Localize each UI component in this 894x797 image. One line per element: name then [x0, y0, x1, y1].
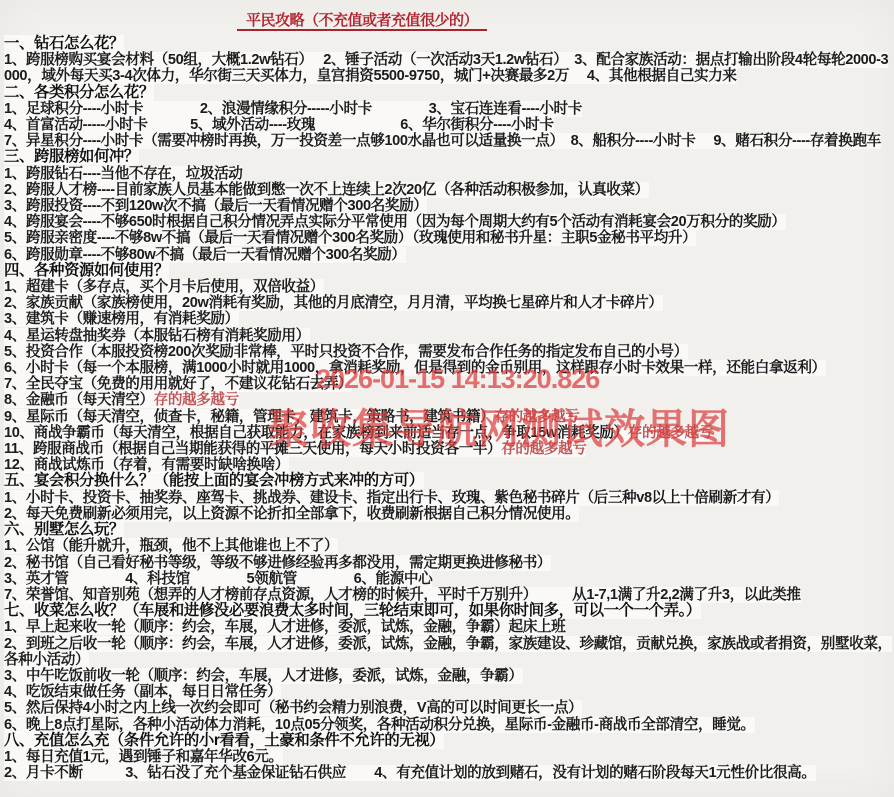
- document-body: 一、钻石怎么花？1、跨服榜购买宴会材料（50组，大概1.2w钻石） 2、锤子活动…: [4, 36, 892, 781]
- text-line: 1、跨服榜购买宴会材料（50组，大概1.2w钻石） 2、锤子活动（一次活动3天1…: [4, 52, 892, 84]
- text-segment: 1、超建卡（多存点，买个月卡后使用，双倍收益）: [4, 279, 324, 295]
- text-segment: 1、跨服钻石----当他不存在，垃圾活动: [4, 166, 242, 182]
- text-line: 6、跨服勋章----不够80w不搞（最后一天看情况赠个300名奖励）: [4, 247, 892, 263]
- red-note: 存的越多越亏: [501, 441, 586, 457]
- text-segment: 3、中午吃饭前收一轮（顺序：约会，车展，人才进修，委派，试炼，金融，争霸）: [4, 668, 523, 684]
- section-heading: 一、钻石怎么花？: [4, 36, 892, 52]
- red-note: 存的越多越亏: [154, 392, 239, 408]
- text-line: 3、中午吃饭前收一轮（顺序：约会，车展，人才进修，委派，试炼，金融，争霸）: [4, 668, 892, 684]
- text-segment: 1、跨服榜购买宴会材料（50组，大概1.2w钻石） 2、锤子活动（一次活动3天1…: [4, 52, 888, 84]
- text-segment: 12、商战试炼币（存着，有需要时缺啥换啥）: [4, 457, 289, 473]
- text-segment: 7、全民夺宝（免费的用用就好了，不建议花钻石去弄）: [4, 376, 352, 392]
- text-line: 11、跨服商战币（根据自己当期能获得的平摊三天使用，每天小时投资各一半）存的越多…: [4, 441, 892, 457]
- guide-document: 平民攻略（不充值或者充值很少的） 一、钻石怎么花？1、跨服榜购买宴会材料（50组…: [0, 0, 894, 797]
- section-heading: 八、充值怎么充（条件允许的小r看看，土豪和条件不允许的无视）: [4, 733, 892, 749]
- text-line: 5、然后保持4小时之内上线一次约会即可（秘书约会精力别浪费，V高的可以时间更长一…: [4, 700, 892, 716]
- text-line: 1、跨服钻石----当他不存在，垃圾活动: [4, 166, 892, 182]
- text-segment: 5、跨服亲密度----不够8w不搞（最后一天看情况赠个300名奖励）（玫瑰使用和…: [4, 230, 696, 246]
- text-segment: 3、英才管 4、科技馆 5领航管 6、能源中心: [4, 571, 432, 587]
- text-line: 6、晚上8点打星际，各种小活动体力消耗，10点05分领奖，各种活动积分兑换，星际…: [4, 717, 892, 733]
- text-segment: 4、星运转盘抽奖券（本服钻石榜有消耗奖励用）: [4, 328, 310, 344]
- text-line: 4、吃饭结束做任务（副本，每日日常任务）: [4, 684, 892, 700]
- text-segment: 1、公馆（能升就升，瓶颈，他不上其他谁也上不了）: [4, 538, 338, 554]
- text-line: 5、跨服亲密度----不够8w不搞（最后一天看情况赠个300名奖励）（玫瑰使用和…: [4, 230, 892, 246]
- text-segment: 1、早上起来收一轮（顺序：约会，车展，人才进修，委派，试炼，金融，争霸）起床上班: [4, 619, 565, 635]
- section-heading: 五、宴会积分换什么？（能按上面的宴会冲榜方式来冲的方可）: [4, 473, 892, 489]
- text-segment: 9、星际币（每天清空，侦查卡，秘籍，管理卡，建筑卡，策略书，建筑书籍）: [4, 409, 494, 425]
- text-line: 1、每日充值1元，遇到锤子和嘉年华改6元。: [4, 749, 892, 765]
- text-segment: 11、跨服商战币（根据自己当期能获得的平摊三天使用，每天小时投资各一半）: [4, 441, 501, 457]
- section-heading: 四、各种资源如何使用？: [4, 263, 892, 279]
- text-line: 9、星际币（每天清空，侦查卡，秘籍，管理卡，建筑卡，策略书，建筑书籍）存的越多越…: [4, 409, 892, 425]
- text-line: 7、全民夺宝（免费的用用就好了，不建议花钻石去弄）: [4, 376, 892, 392]
- text-segment: 1、小时卡、投资卡、抽奖券、座驾卡、挑战券、建设卡、指定出行卡、玫瑰、紫色秘书碎…: [4, 490, 779, 506]
- text-line: 1、早上起来收一轮（顺序：约会，车展，人才进修，委派，试炼，金融，争霸）起床上班: [4, 619, 892, 635]
- text-segment: 2、每天免费刷新必须用完，以上资源不论折扣全部拿下，收费刷新根据自己积分情况使用…: [4, 506, 579, 522]
- section-heading-text: 一、钻石怎么花？: [4, 35, 124, 52]
- section-heading-text: 三、跨服榜如何冲？: [4, 148, 139, 165]
- text-segment: 2、月卡不断 3、钻石没了充个基金保证钻石供应 4、有充值计划的放到赌石，没有计…: [4, 765, 816, 781]
- section-heading-text: 四、各种资源如何使用？: [4, 262, 169, 279]
- text-line: 6、小时卡（每一个本服榜，满1000小时就用1000，拿消耗奖励，但是得到的金币…: [4, 360, 892, 376]
- section-heading-text: 八、充值怎么充（条件允许的小r看看，土豪和条件不允许的无视）: [4, 732, 444, 749]
- text-segment: 6、跨服勋章----不够80w不搞（最后一天看情况赠个300名奖励）: [4, 247, 406, 263]
- text-line: 5、投资合作（本服投资榜200次奖励非常棒，平时只投资不合作，需要发布合作任务的…: [4, 344, 892, 360]
- red-note: 存的越多越亏: [628, 425, 713, 441]
- red-note: 存的越多越亏: [494, 409, 579, 425]
- text-line: 2、到班之后收一轮（顺序：约会，车展，人才进修，委派，试炼，金融，争霸，家族建设…: [4, 636, 892, 668]
- text-segment: 5、然后保持4小时之内上线一次约会即可（秘书约会精力别浪费，V高的可以时间更长一…: [4, 700, 582, 716]
- text-segment: 1、每日充值1元，遇到锤子和嘉年华改6元。: [4, 749, 283, 765]
- text-line: 4、首富活动-----小时卡 5、域外活动----玫瑰 6、华尔街积分----小…: [4, 117, 892, 133]
- text-segment: 7、荣誉馆、知音别苑（想弄的人才榜前存点资源，人才榜的时候升，平时千万别升） 从…: [4, 587, 801, 603]
- section-heading-text: 七、收菜怎么收？（车展和进修没必要浪费太多时间，三轮结束即可，如果你时间多，可以…: [4, 602, 701, 619]
- text-segment: 1、足球积分----小时卡 2、浪漫情缘积分-----小时卡 3、宝石连连看--…: [4, 101, 582, 117]
- text-segment: 2、到班之后收一轮（顺序：约会，车展，人才进修，委派，试炼，金融，争霸，家族建设…: [4, 636, 892, 668]
- text-line: 3、英才管 4、科技馆 5领航管 6、能源中心: [4, 571, 892, 587]
- section-heading-text: 五、宴会积分换什么？（能按上面的宴会冲榜方式来冲的方可）: [4, 472, 424, 489]
- text-line: 2、家族贡献（家族榜使用，20w消耗有奖励，其他的月底清空，月月清，平均换七星碎…: [4, 295, 892, 311]
- section-heading: 六、别墅怎么玩？: [4, 522, 892, 538]
- text-line: 1、小时卡、投资卡、抽奖券、座驾卡、挑战券、建设卡、指定出行卡、玫瑰、紫色秘书碎…: [4, 490, 892, 506]
- section-heading: 三、跨服榜如何冲？: [4, 149, 892, 165]
- text-segment: 3、建筑卡（赚速榜用，有消耗奖励）: [4, 311, 239, 327]
- text-segment: 5、投资合作（本服投资榜200次奖励非常棒，平时只投资不合作，需要发布合作任务的…: [4, 344, 688, 360]
- text-segment: 4、吃饭结束做任务（副本，每日日常任务）: [4, 684, 281, 700]
- text-line: 4、星运转盘抽奖券（本服钻石榜有消耗奖励用）: [4, 328, 892, 344]
- section-heading-text: 六、别墅怎么玩？: [4, 521, 124, 538]
- section-heading-text: 二、各类积分怎么花？: [4, 84, 154, 101]
- text-segment: 2、跨服人才榜----目前家族人员基本能做到憋一次不上连续上2次20亿（各种活动…: [4, 182, 649, 198]
- text-segment: 8、金融币（每天清空）: [4, 392, 154, 408]
- text-line: 1、公馆（能升就升，瓶颈，他不上其他谁也上不了）: [4, 538, 892, 554]
- text-line: 8、金融币（每天清空）存的越多越亏: [4, 392, 892, 408]
- text-segment: 7、异星积分----小时卡（需要冲榜时再换，万一投资差一点够100水晶也可以适量…: [4, 133, 881, 149]
- text-segment: 6、晚上8点打星际，各种小活动体力消耗，10点05分领奖，各种活动积分兑换，星际…: [4, 717, 755, 733]
- text-line: 2、跨服人才榜----目前家族人员基本能做到憋一次不上连续上2次20亿（各种活动…: [4, 182, 892, 198]
- text-line: 3、建筑卡（赚速榜用，有消耗奖励）: [4, 311, 892, 327]
- text-segment: 10、商战争霸币（每天清空，根据自己获取能力，在家族榜到来前适当存一点，争取15…: [4, 425, 628, 441]
- text-line: 2、月卡不断 3、钻石没了充个基金保证钻石供应 4、有充值计划的放到赌石，没有计…: [4, 765, 892, 781]
- text-line: 2、秘书馆（自己看好秘书等级，等级不够进修经验再多都没用，需定期更换进修秘书）: [4, 555, 892, 571]
- text-segment: 4、首富活动-----小时卡 5、域外活动----玫瑰 6、华尔街积分----小…: [4, 117, 554, 133]
- text-line: 1、超建卡（多存点，买个月卡后使用，双倍收益）: [4, 279, 892, 295]
- document-content: 平民攻略（不充值或者充值很少的） 一、钻石怎么花？1、跨服榜购买宴会材料（50组…: [0, 0, 894, 783]
- text-line: 1、足球积分----小时卡 2、浪漫情缘积分-----小时卡 3、宝石连连看--…: [4, 101, 892, 117]
- text-segment: 2、秘书馆（自己看好秘书等级，等级不够进修经验再多都没用，需定期更换进修秘书）: [4, 555, 551, 571]
- page-title: 平民攻略（不充值或者充值很少的）: [237, 12, 487, 31]
- text-segment: 6、小时卡（每一个本服榜，满1000小时就用1000，拿消耗奖励，但是得到的金币…: [4, 360, 826, 376]
- text-line: 3、跨服投资----不到120w次不搞（最后一天看情况赠个300名奖励）: [4, 198, 892, 214]
- text-line: 2、每天免费刷新必须用完，以上资源不论折扣全部拿下，收费刷新根据自己积分情况使用…: [4, 506, 892, 522]
- section-heading: 二、各类积分怎么花？: [4, 85, 892, 101]
- text-segment: 3、跨服投资----不到120w次不搞（最后一天看情况赠个300名奖励）: [4, 198, 427, 214]
- text-segment: 2、家族贡献（家族榜使用，20w消耗有奖励，其他的月底清空，月月清，平均换七星碎…: [4, 295, 663, 311]
- section-heading: 七、收菜怎么收？（车展和进修没必要浪费太多时间，三轮结束即可，如果你时间多，可以…: [4, 603, 892, 619]
- text-line: 4、跨服宴会----不够650时根据自己积分情况弄点实际分平常使用（因为每个周期…: [4, 214, 892, 230]
- text-line: 7、异星积分----小时卡（需要冲榜时再换，万一投资差一点够100水晶也可以适量…: [4, 133, 892, 149]
- text-segment: 4、跨服宴会----不够650时根据自己积分情况弄点实际分平常使用（因为每个周期…: [4, 214, 786, 230]
- text-line: 10、商战争霸币（每天清空，根据自己获取能力，在家族榜到来前适当存一点，争取15…: [4, 425, 892, 441]
- text-line: 7、荣誉馆、知音别苑（想弄的人才榜前存点资源，人才榜的时候升，平时千万别升） 从…: [4, 587, 892, 603]
